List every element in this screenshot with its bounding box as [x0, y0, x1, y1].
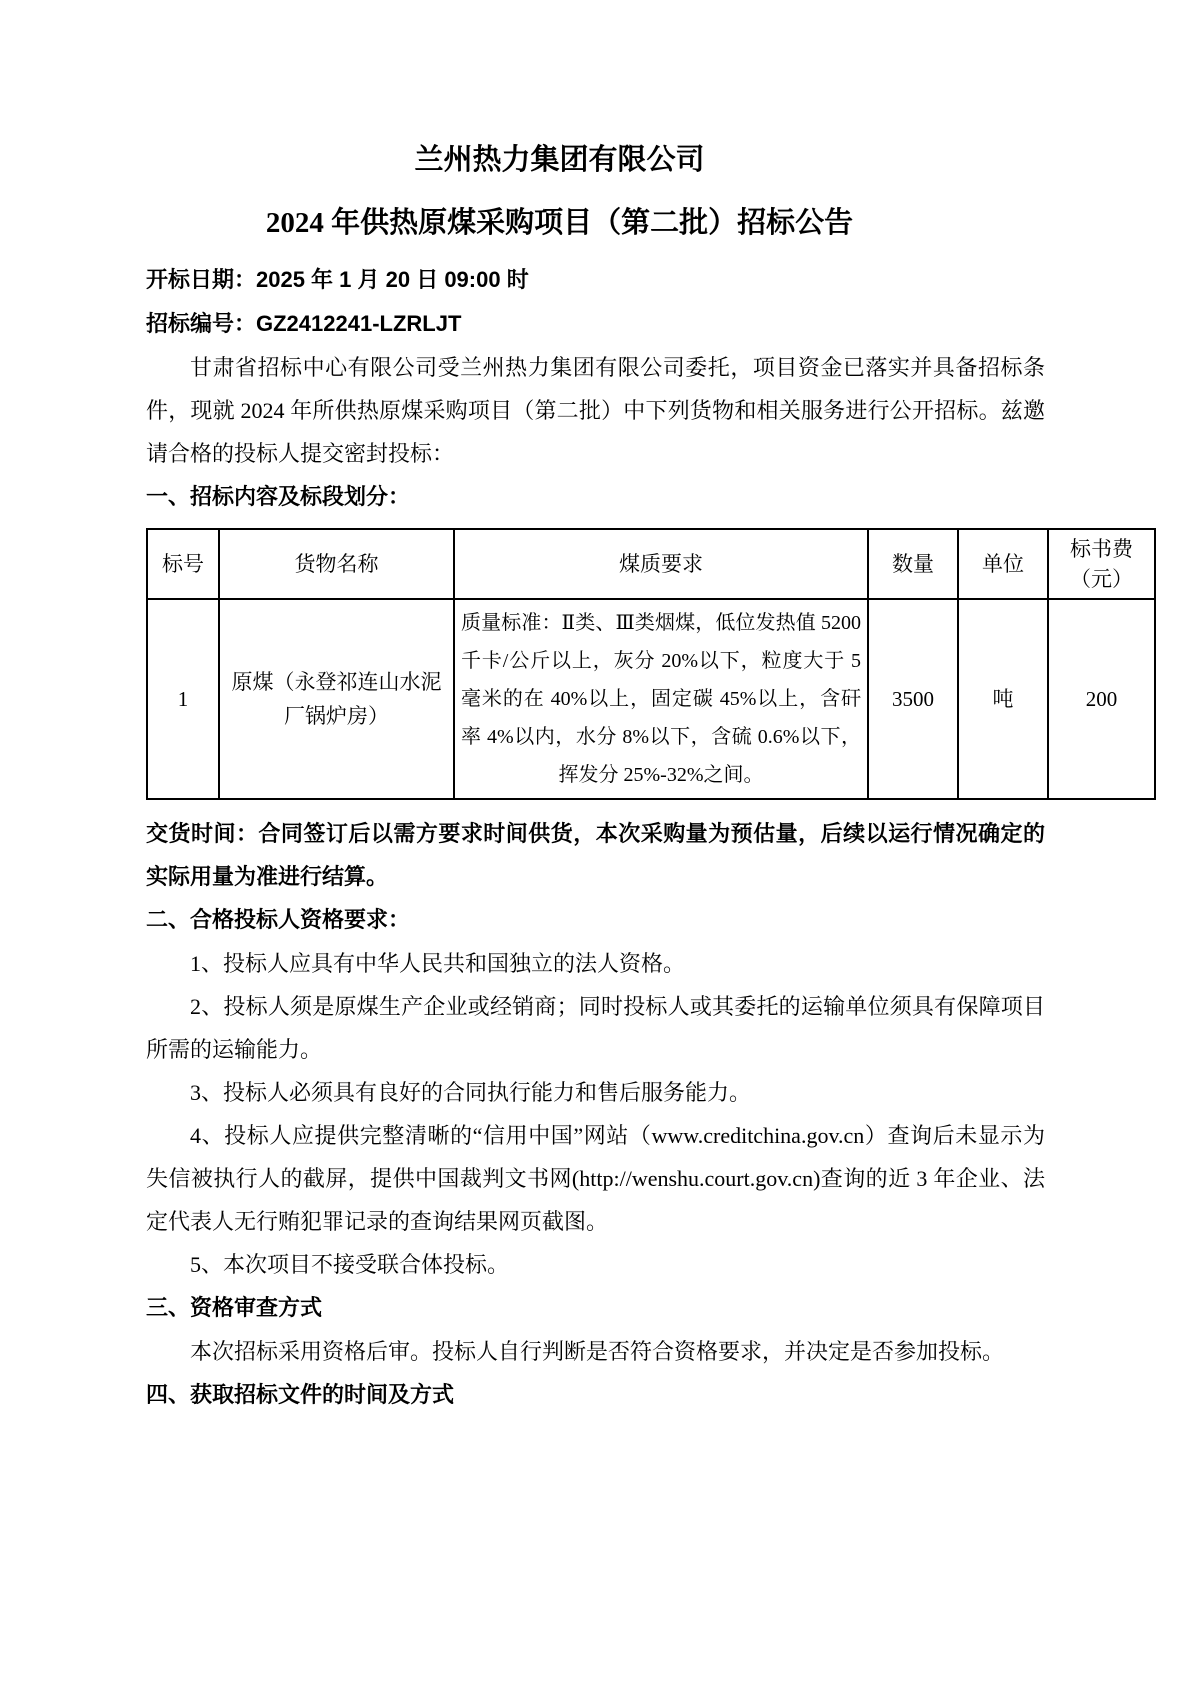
col-header-quality: 煤质要求: [454, 529, 868, 599]
col-header-lot-no: 标号: [147, 529, 219, 599]
requirement-item-4: 4、投标人应提供完整清晰的“信用中国”网站（www.creditchina.go…: [146, 1114, 1045, 1243]
col-header-unit: 单位: [958, 529, 1048, 599]
meta-block: 开标日期：2025 年 1 月 20 日 09:00 时 招标编号：GZ2412…: [146, 258, 1045, 346]
table-row: 1 原煤（永登祁连山水泥厂锅炉房） 质量标准：Ⅱ类、Ⅲ类烟煤，低位发热值 520…: [147, 599, 1155, 799]
requirement-item-3: 3、投标人必须具有良好的合同执行能力和售后服务能力。: [146, 1071, 1045, 1114]
cell-quality-requirements: 质量标准：Ⅱ类、Ⅲ类烟煤，低位发热值 5200 千卡/公斤以上，灰分 20%以下…: [454, 599, 868, 799]
table-header-row: 标号 货物名称 煤质要求 数量 单位 标书费（元）: [147, 529, 1155, 599]
col-header-goods-name: 货物名称: [219, 529, 454, 599]
document-page: 兰州热力集团有限公司 2024 年供热原煤采购项目（第二批）招标公告 开标日期：…: [0, 0, 1191, 1684]
col-header-doc-fee: 标书费（元）: [1048, 529, 1155, 599]
section3-paragraph: 本次招标采用资格后审。投标人自行判断是否符合资格要求，并决定是否参加投标。: [146, 1330, 1045, 1373]
section4-heading: 四、获取招标文件的时间及方式: [146, 1373, 1045, 1417]
requirement-item-1: 1、投标人应具有中华人民共和国独立的法人资格。: [146, 942, 1045, 985]
requirement-item-2: 2、投标人须是原煤生产企业或经销商；同时投标人或其委托的运输单位须具有保障项目所…: [146, 985, 1045, 1071]
cell-quantity: 3500: [868, 599, 958, 799]
tender-number-line: 招标编号：GZ2412241-LZRLJT: [146, 302, 1045, 346]
section2-heading: 二、合格投标人资格要求：: [146, 898, 1045, 942]
section1-heading: 一、招标内容及标段划分：: [146, 475, 1045, 519]
col-header-quantity: 数量: [868, 529, 958, 599]
open-date-line: 开标日期：2025 年 1 月 20 日 09:00 时: [146, 258, 1045, 302]
requirement-item-5: 5、本次项目不接受联合体投标。: [146, 1243, 1045, 1286]
cell-goods-name: 原煤（永登祁连山水泥厂锅炉房）: [219, 599, 454, 799]
cell-lot-no: 1: [147, 599, 219, 799]
delivery-time-note: 交货时间：合同签订后以需方要求时间供货，本次采购量为预估量，后续以运行情况确定的…: [146, 812, 1045, 898]
section3-heading: 三、资格审查方式: [146, 1286, 1045, 1330]
cell-doc-fee: 200: [1048, 599, 1155, 799]
cell-unit: 吨: [958, 599, 1048, 799]
intro-paragraph: 甘肃省招标中心有限公司受兰州热力集团有限公司委托，项目资金已落实并具备招标条件，…: [146, 346, 1045, 475]
company-title: 兰州热力集团有限公司: [146, 142, 973, 178]
title-block: 兰州热力集团有限公司 2024 年供热原煤采购项目（第二批）招标公告: [146, 142, 973, 241]
lots-table: 标号 货物名称 煤质要求 数量 单位 标书费（元） 1 原煤（永登祁连山水泥厂锅…: [146, 528, 1156, 800]
announcement-title: 2024 年供热原煤采购项目（第二批）招标公告: [146, 205, 973, 241]
